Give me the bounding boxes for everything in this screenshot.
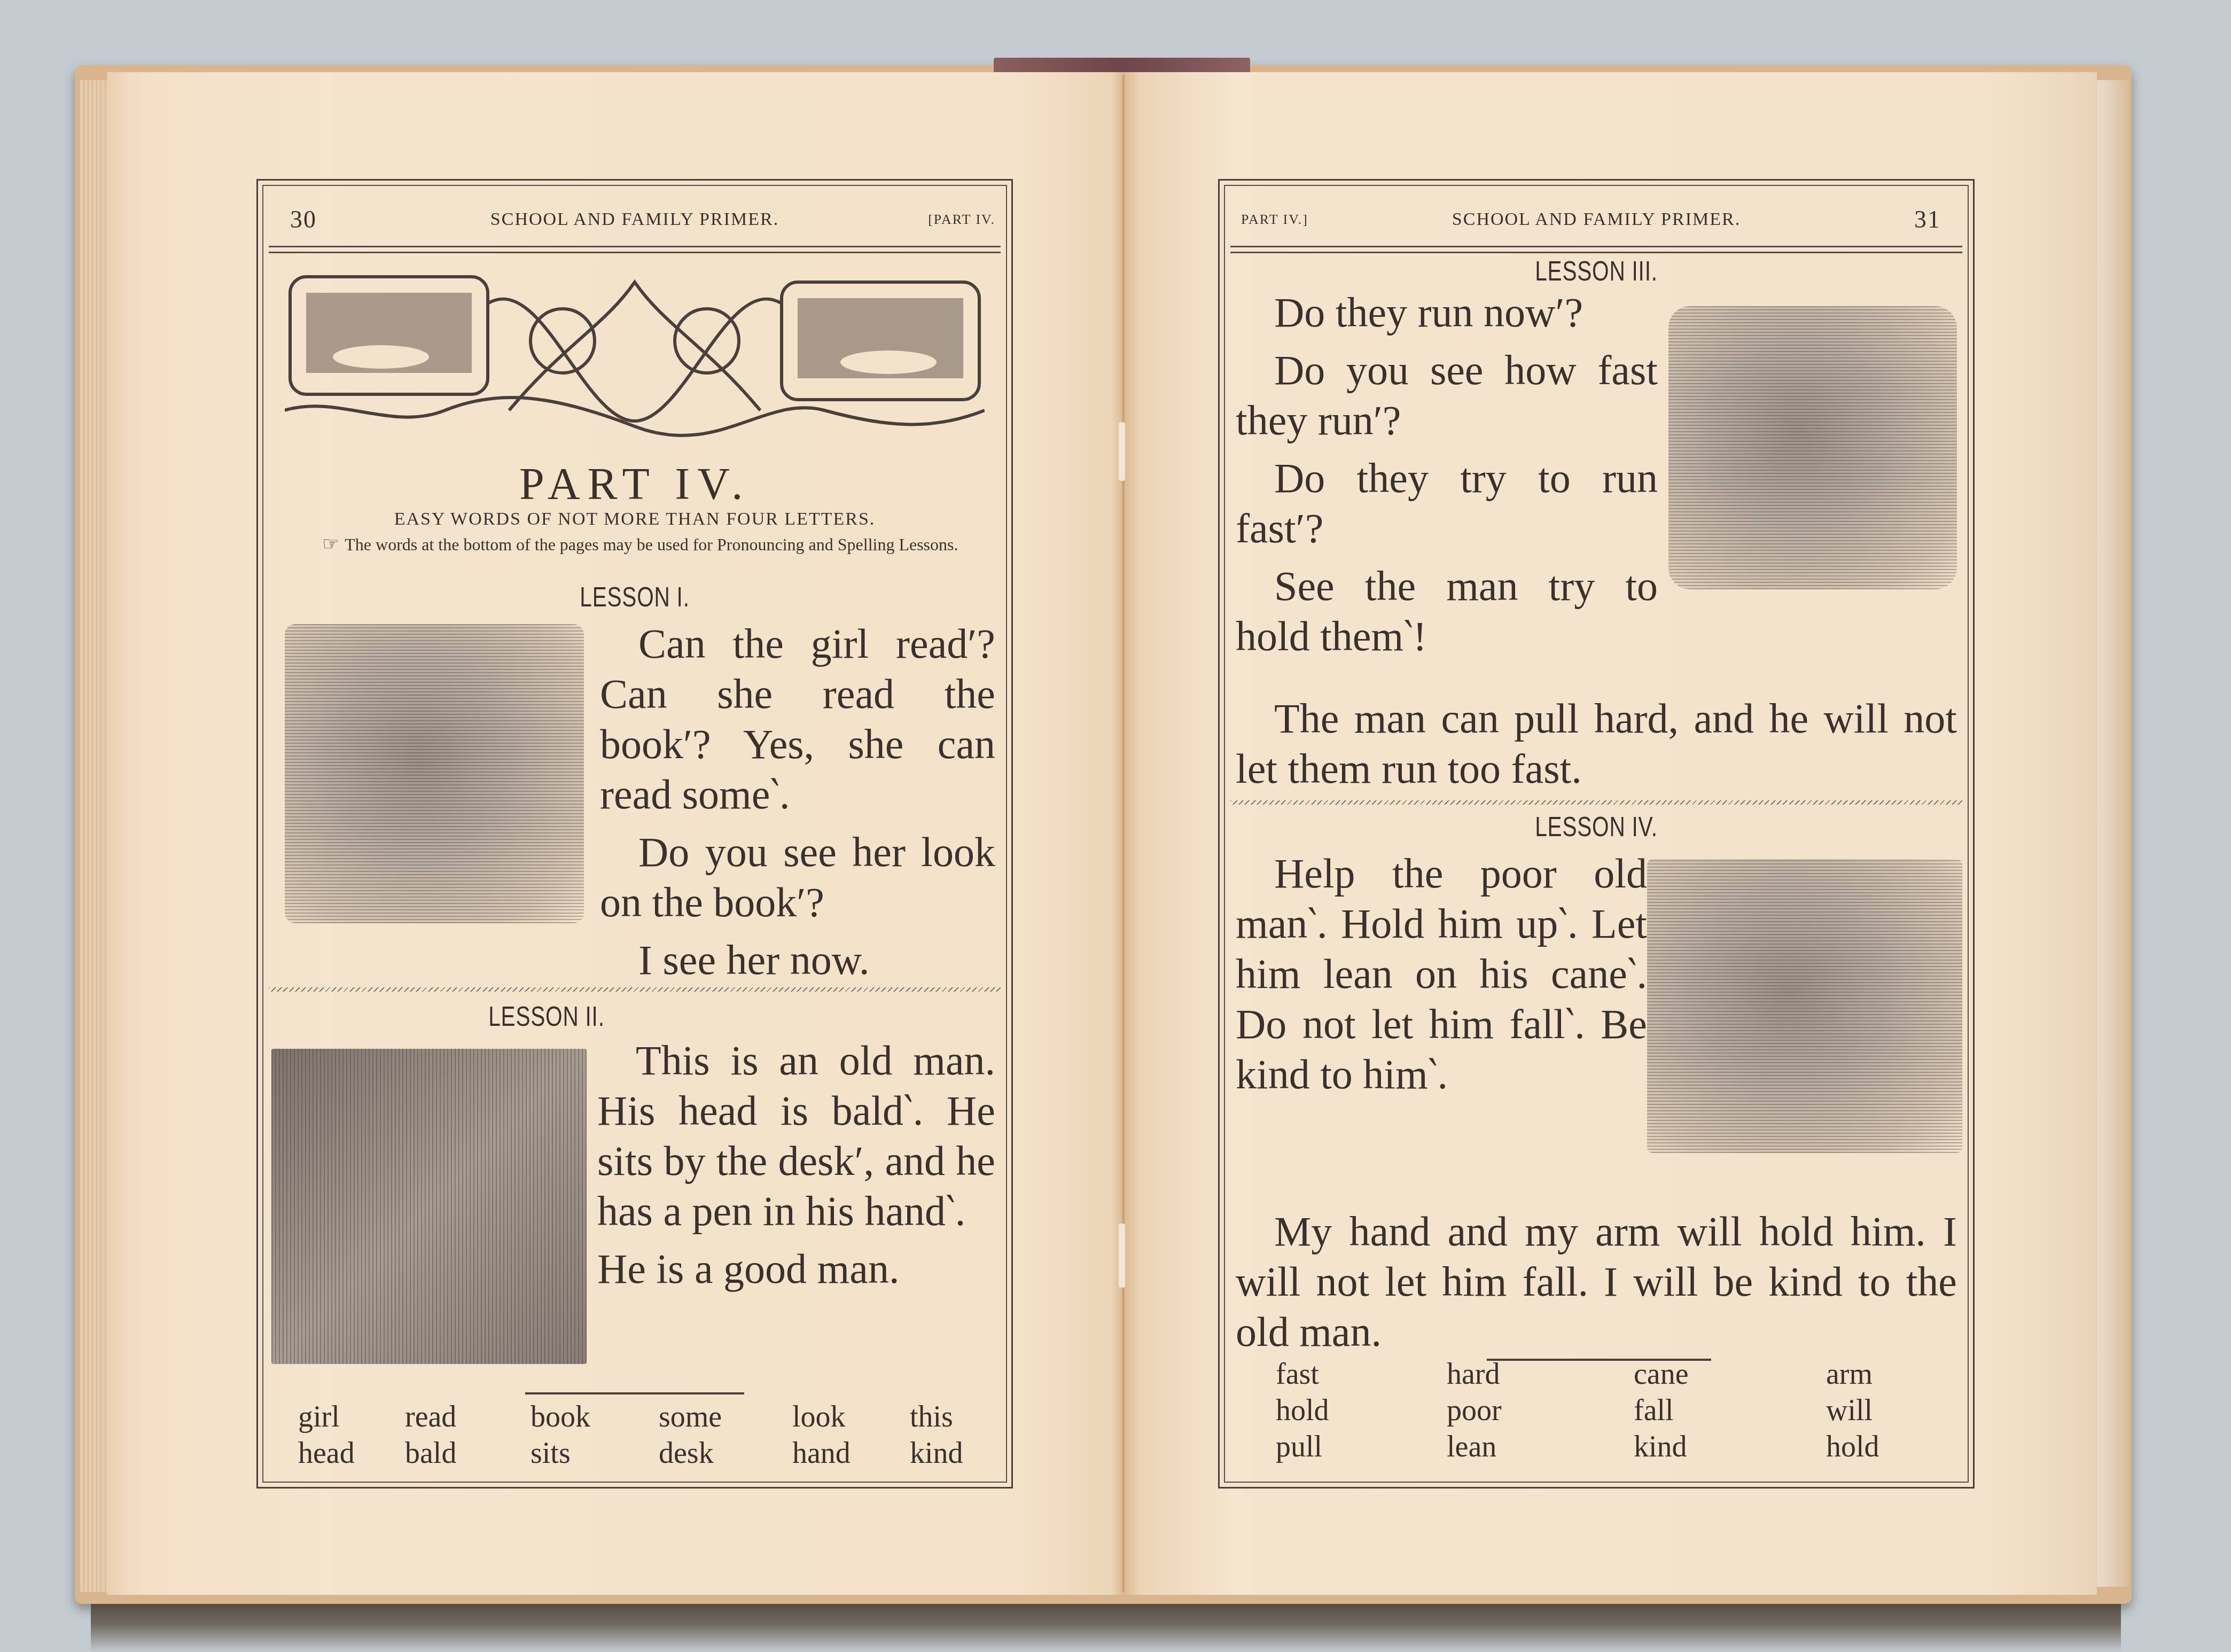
word: lean (1447, 1429, 1634, 1465)
word: hand (792, 1435, 910, 1471)
word: will (1826, 1392, 1912, 1429)
word: bald (405, 1435, 531, 1471)
lesson-title: LESSON IV. (1302, 811, 1890, 843)
lesson-title: LESSON III. (1302, 255, 1890, 287)
lesson-4-text: Help the poor old man‵. Hold him up‵. Le… (1236, 848, 1647, 1107)
paragraph: Do you see her look on the book′? (600, 827, 995, 928)
word: pull (1276, 1429, 1447, 1465)
part-subtitle: EASY WORDS OF NOT MORE THAN FOUR LETTERS… (258, 509, 1011, 529)
paragraph: See the man try to hold them‵! (1236, 561, 1658, 661)
running-title: SCHOOL AND FAMILY PRIMER. (1230, 209, 1962, 230)
running-head: 30 SCHOOL AND FAMILY PRIMER. [PART IV. (269, 187, 1001, 247)
word: read (405, 1399, 531, 1435)
word: hold (1826, 1429, 1912, 1465)
running-title: SCHOOL AND FAMILY PRIMER. (269, 209, 1001, 230)
word: fast (1276, 1356, 1447, 1392)
paragraph: Do they try to run fast′? (1236, 453, 1658, 554)
binding-thread (1119, 422, 1125, 481)
page-number: 31 (1914, 205, 1941, 233)
binding-thread (1119, 1224, 1125, 1288)
word-row: hold poor fall will (1276, 1392, 1912, 1429)
paragraph: Help the poor old man‵. Hold him up‵. Le… (1236, 848, 1647, 1100)
word: sits (531, 1435, 659, 1471)
word: hard (1447, 1356, 1634, 1392)
word-row: pull lean kind hold (1276, 1429, 1912, 1465)
word-row: girl read book some look this (298, 1399, 985, 1435)
illustration-runaway-horses (1668, 306, 1957, 589)
paragraph: This is an old man. His head is bald‵. H… (597, 1035, 995, 1236)
lesson-1-text: Can the girl read′? Can she read the boo… (600, 619, 995, 993)
paragraph: My hand and my arm will hold him. I will… (1236, 1206, 1957, 1357)
right-page-frame: PART IV.] SCHOOL AND FAMILY PRIMER. 31 L… (1218, 179, 1975, 1489)
lesson-title: LESSON II. (184, 1001, 909, 1033)
word: arm (1826, 1356, 1912, 1392)
word: kind (1634, 1429, 1826, 1465)
lesson-3-text-continued: The man can pull hard, and he will not l… (1236, 693, 1957, 801)
section-marker: [PART IV. (928, 212, 995, 228)
word-list-rule (525, 1392, 744, 1394)
word: fall (1634, 1392, 1826, 1429)
paragraph: He is a good man. (597, 1244, 995, 1294)
running-head: PART IV.] SCHOOL AND FAMILY PRIMER. 31 (1230, 187, 1962, 247)
lesson-2-text: This is an old man. His head is bald‵. H… (597, 1035, 995, 1302)
left-page-frame: 30 SCHOOL AND FAMILY PRIMER. [PART IV. (256, 179, 1013, 1489)
part-title: PART IV. (258, 458, 1011, 510)
word: some (659, 1399, 792, 1435)
paragraph: Do you see how fast they run′? (1236, 345, 1658, 446)
pointing-hand-icon: ☞ (322, 533, 339, 555)
word: book (531, 1399, 659, 1435)
ornament-icon (285, 261, 985, 437)
gutter (1122, 75, 1125, 1592)
lesson-4-text-continued: My hand and my arm will hold him. I will… (1236, 1206, 1957, 1365)
lesson-3-text: Do they run now′? Do you see how fast th… (1236, 287, 1658, 669)
illustration-old-man-desk (271, 1049, 587, 1364)
word: poor (1447, 1392, 1634, 1429)
word-row: fast hard cane arm (1276, 1356, 1912, 1392)
note-text: The words at the bottom of the pages may… (345, 535, 958, 554)
paragraph: Do they run now′? (1236, 287, 1658, 338)
word: hold (1276, 1392, 1447, 1429)
paragraph: I see her now. (600, 935, 995, 985)
decorative-headpiece (285, 261, 985, 437)
lesson-title: LESSON I. (341, 581, 929, 613)
word: look (792, 1399, 910, 1435)
paragraph: Can the girl read′? Can she read the boo… (600, 619, 995, 820)
word: head (298, 1435, 405, 1471)
lesson-divider (269, 987, 1001, 992)
illustration-old-man-cane (1647, 859, 1962, 1153)
word-row: head bald sits desk hand kind (298, 1435, 985, 1471)
word: this (910, 1399, 985, 1435)
instruction-note: ☞The words at the bottom of the pages ma… (279, 533, 1001, 555)
lesson-divider (1230, 800, 1962, 805)
word: girl (298, 1399, 405, 1435)
word: cane (1634, 1356, 1826, 1392)
illustration-girl-reading (285, 624, 584, 923)
word: kind (910, 1435, 985, 1471)
spelling-word-list: girl read book some look this head bald … (298, 1399, 985, 1471)
word: desk (659, 1435, 792, 1471)
paragraph: The man can pull hard, and he will not l… (1236, 693, 1957, 794)
spelling-word-list: fast hard cane arm hold poor fall will p… (1276, 1356, 1912, 1465)
